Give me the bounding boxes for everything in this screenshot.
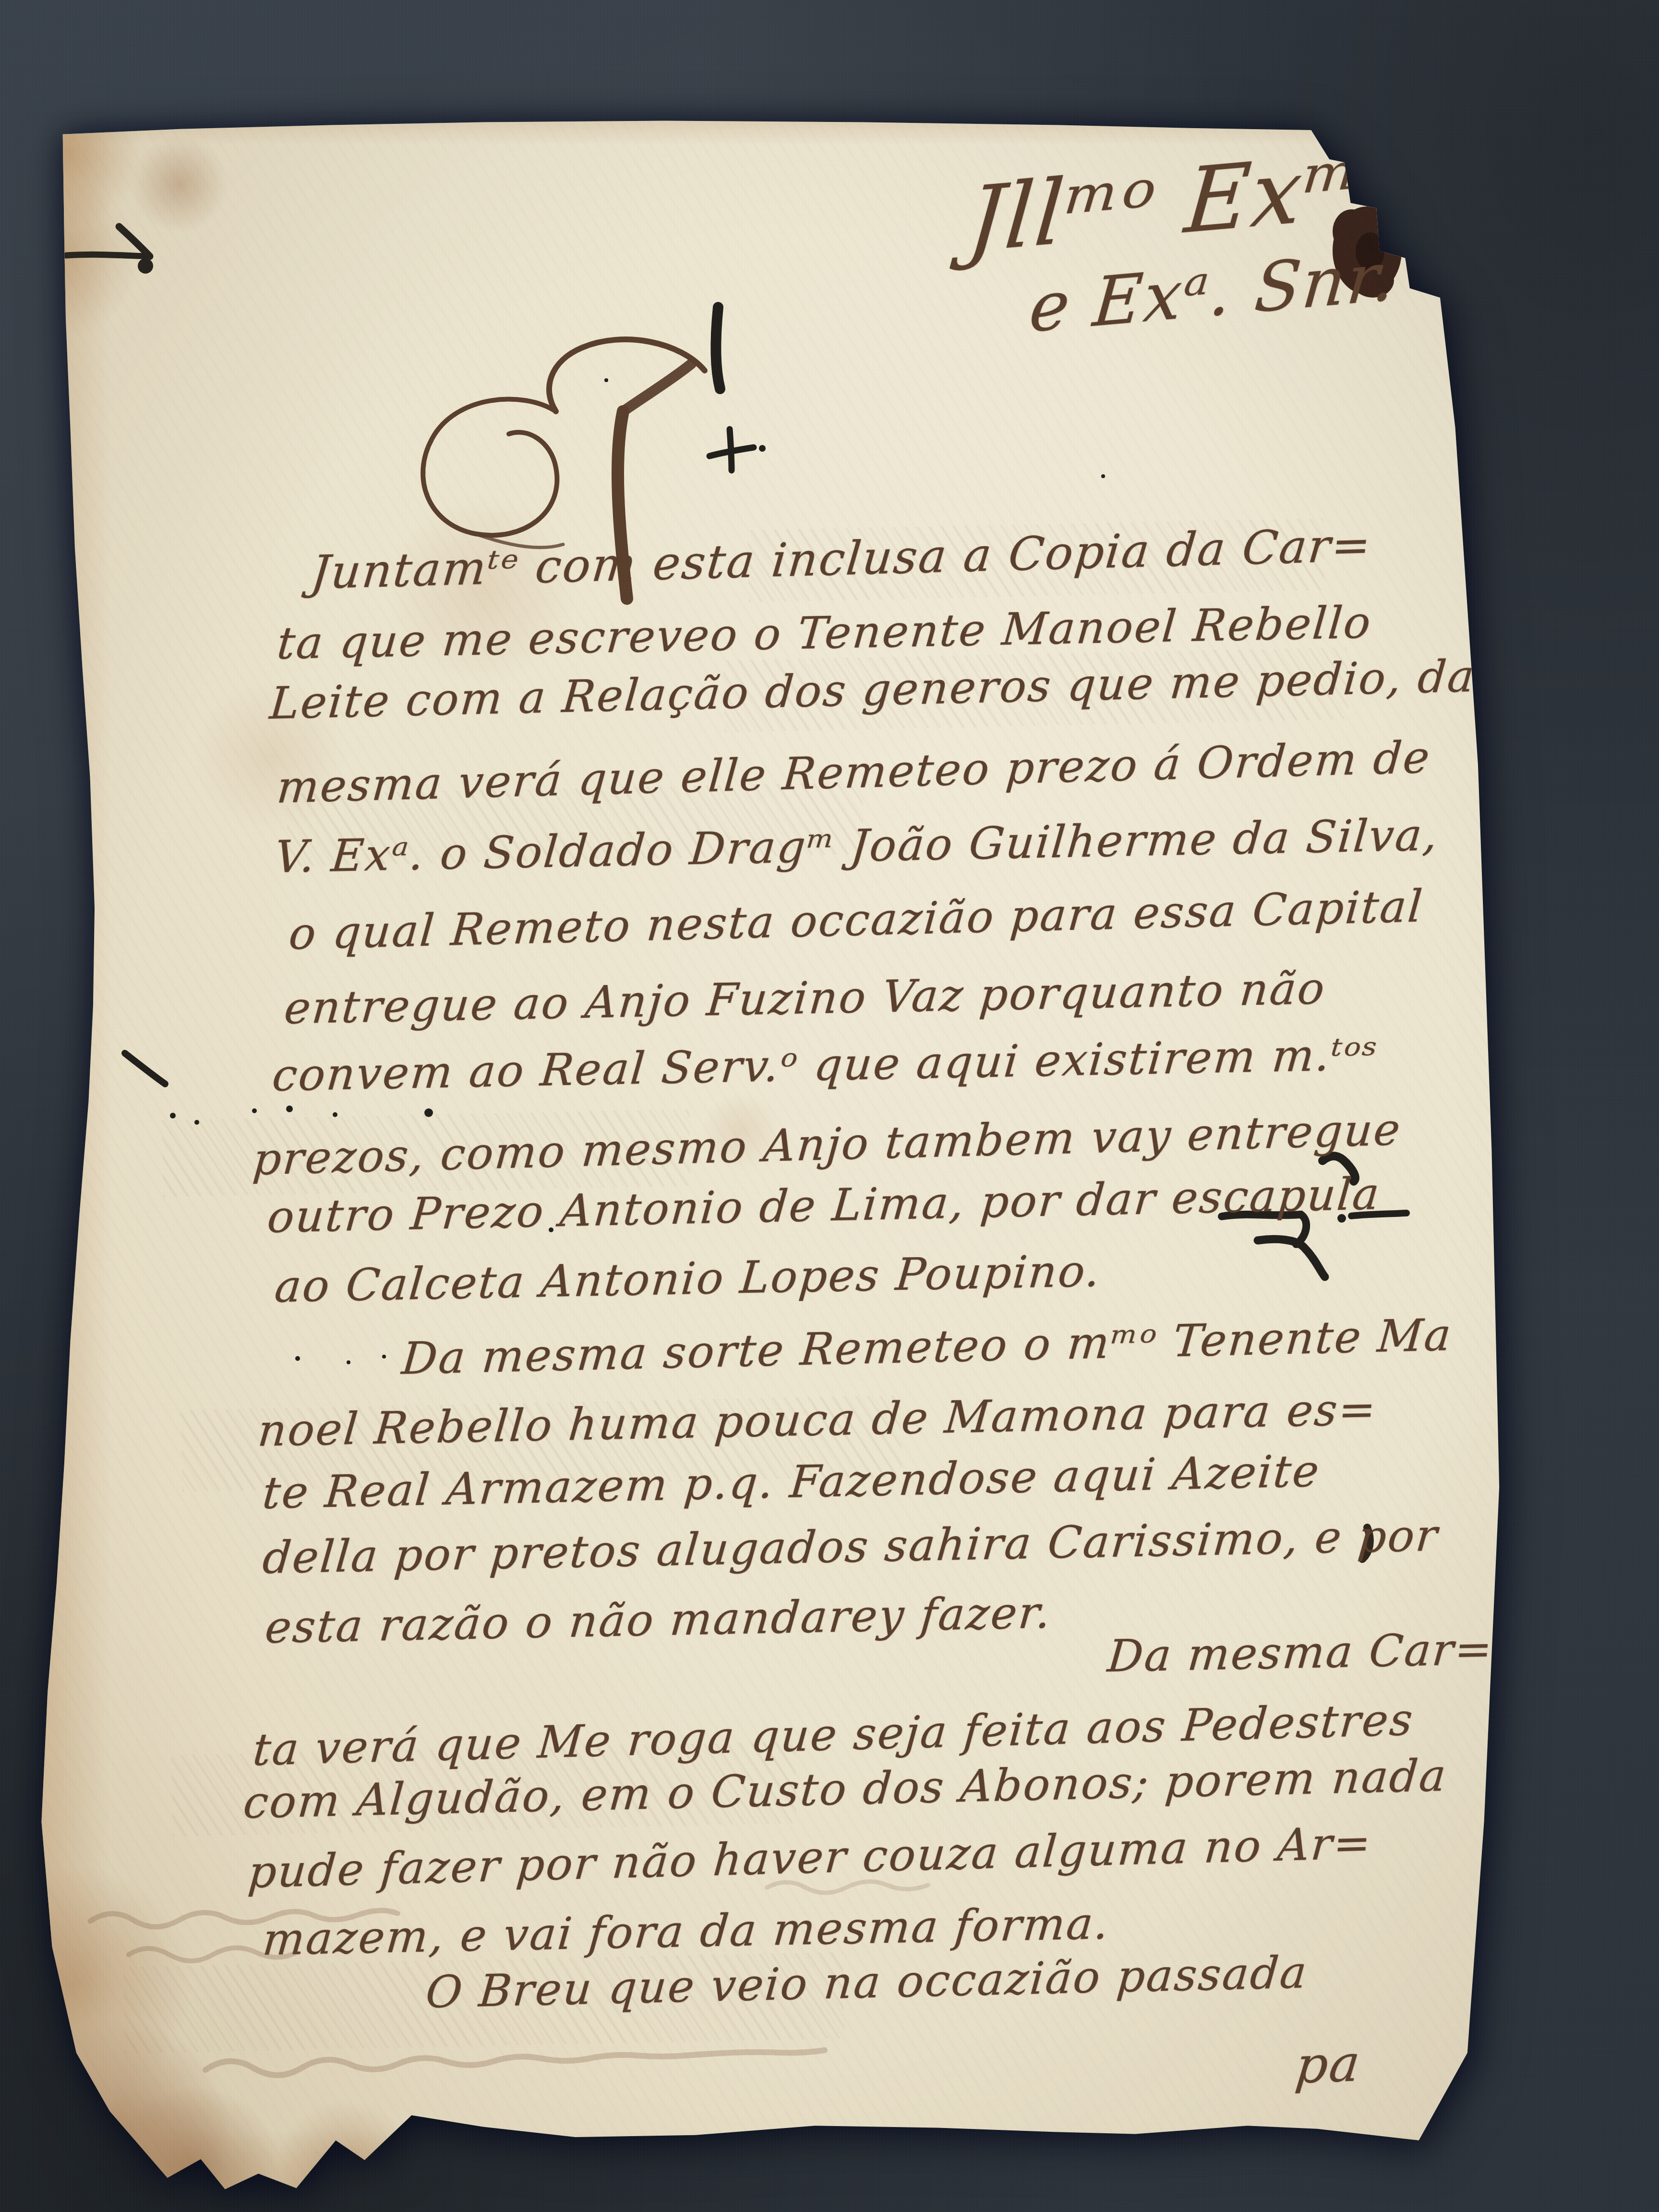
paragraph-turnover: Da mesma Car= xyxy=(1106,1623,1495,1682)
tee-mark xyxy=(119,227,150,256)
body-line: pude fazer por não haver couza alguma no… xyxy=(246,1817,1374,1898)
body-line: te Real Armazem p.q. Fazendose aqui Azei… xyxy=(261,1445,1322,1519)
body-line: o qual Remeto nesta occazião para essa C… xyxy=(287,880,1425,960)
catchword: pa xyxy=(1293,2034,1364,2095)
plus-mark xyxy=(709,447,754,456)
body-line: Da mesma sorte Remeteo o mᵐᵒ Tenente Ma xyxy=(400,1309,1454,1384)
body-line: V. Exᵃ. o Soldado Dragᵐ João Guilherme d… xyxy=(273,809,1441,883)
plus-mark xyxy=(730,429,732,470)
body-line: mesma verá que elle Remeteo prezo á Orde… xyxy=(275,732,1433,813)
manuscript-page-wrap: Jllᵐᵒ Exᵐᵒ e Exᵃ. Snr. Juntamᵗᵉ com esta… xyxy=(28,111,1545,2192)
manuscript-page: Jllᵐᵒ Exᵐᵒ e Exᵃ. Snr. Juntamᵗᵉ com esta… xyxy=(28,111,1545,2192)
margin-drip xyxy=(125,1053,165,1084)
ghost-writing xyxy=(205,2050,825,2075)
tee-mark xyxy=(66,254,149,256)
tee-mark xyxy=(138,258,153,274)
curl-mark xyxy=(1258,1239,1325,1277)
vertical-stroke-mark xyxy=(716,307,720,389)
body-line: entregue ao Anjo Fuzino Vaz porquanto nã… xyxy=(282,962,1328,1034)
body-line: noel Rebello huma pouca de Mamona para e… xyxy=(256,1383,1379,1456)
body-line: ao Calceta Antonio Lopes Poupino. xyxy=(273,1245,1103,1312)
manuscript-photograph: Jllᵐᵒ Exᵐᵒ e Exᵃ. Snr. Juntamᵗᵉ com esta… xyxy=(0,0,1659,2212)
plus-mark xyxy=(759,445,766,452)
body-line: della por pretos alugados sahira Carissi… xyxy=(261,1510,1441,1584)
body-line: Juntamᵗᵉ com esta inclusa a Copia da Car… xyxy=(309,518,1374,600)
body-line: esta razão o não mandarey fazer. xyxy=(263,1587,1054,1653)
body-line: convem ao Real Serv.ᵒ que aqui existirem… xyxy=(270,1029,1380,1101)
